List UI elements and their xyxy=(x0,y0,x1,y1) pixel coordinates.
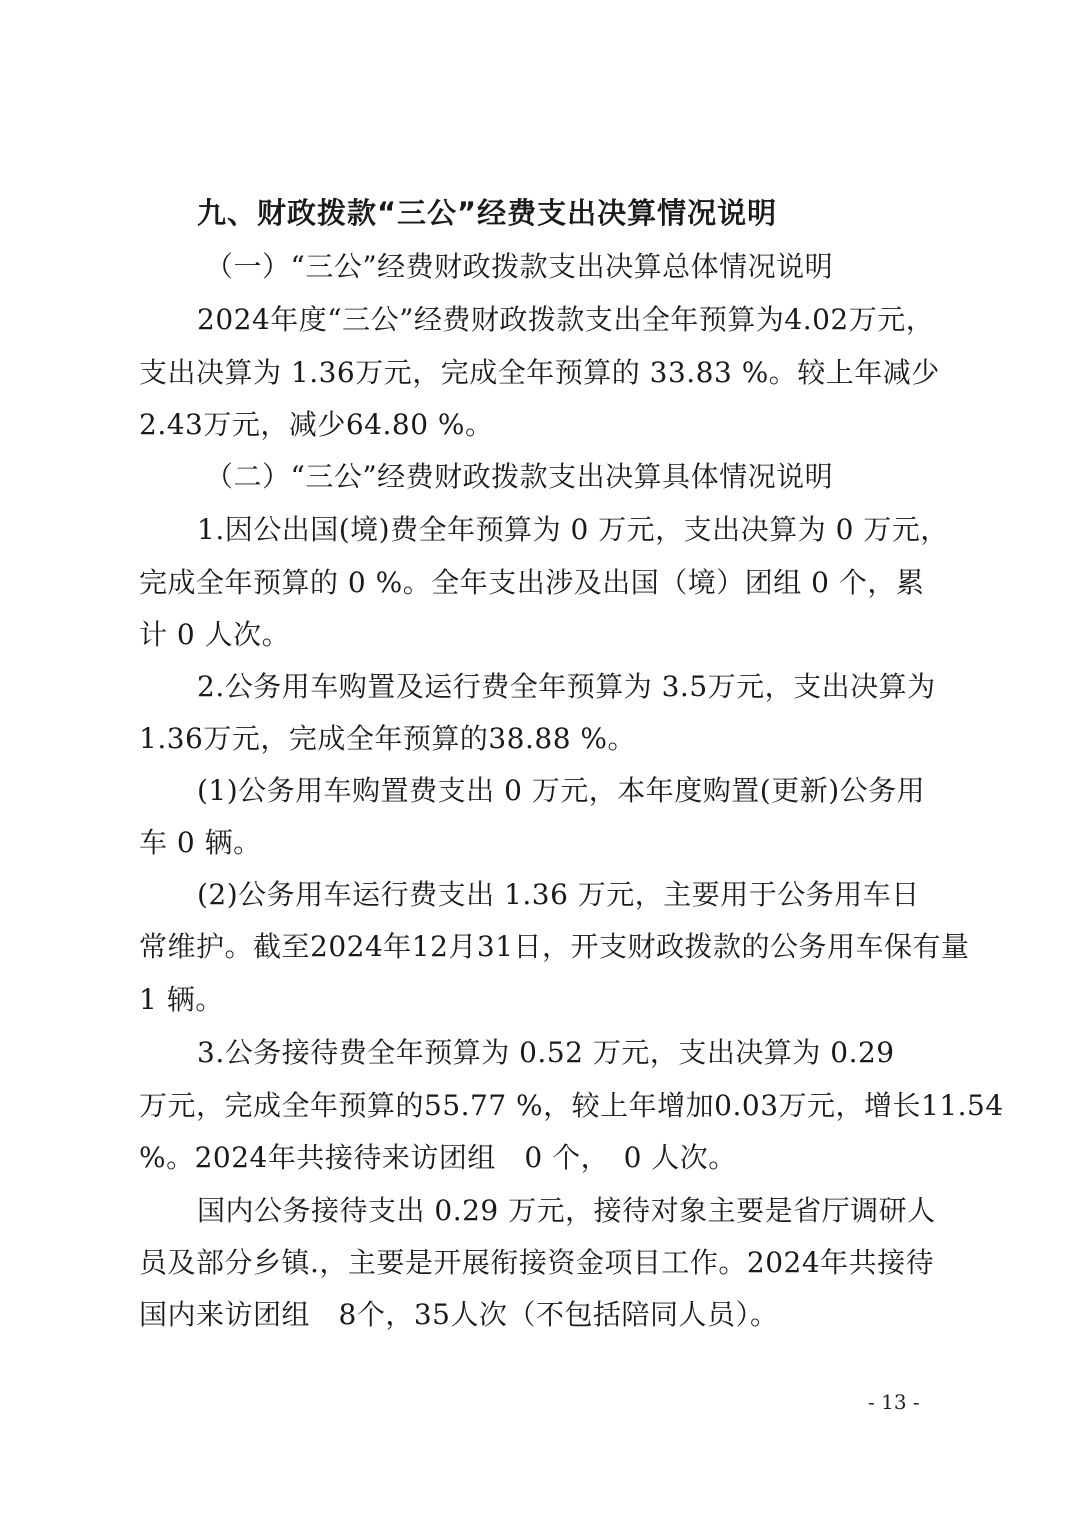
section-heading: 九、财政拨款“三公”经费支出决算情况说明 xyxy=(197,196,777,230)
item-2-line: 1.36万元，完成全年预算的38.88 %。 xyxy=(139,722,636,756)
domestic-reception-line: 国内公务接待支出 0.29 万元，接待对象主要是省厅调研人 xyxy=(197,1194,936,1228)
domestic-reception-line: 员及部分乡镇.，主要是开展衔接资金项目工作。2024年共接待 xyxy=(139,1246,934,1280)
page-number: - 13 - xyxy=(868,1390,920,1414)
summary-paragraph-line: 2.43万元，减少64.80 %。 xyxy=(139,408,494,442)
item-2-1-line: 车 0 辆。 xyxy=(139,826,262,860)
item-3-line: %。2024年共接待来访团组 0 个， 0 人次。 xyxy=(139,1141,737,1175)
summary-paragraph-line: 支出决算为 1.36万元，完成全年预算的 33.83 %。较上年减少 xyxy=(139,356,940,390)
subsection-1-heading: （一）“三公”经费财政拨款支出决算总体情况说明 xyxy=(205,250,833,284)
item-3-line: 万元，完成全年预算的55.77 %，较上年增加0.03万元，增长11.54 xyxy=(139,1089,1004,1123)
document-page: 九、财政拨款“三公”经费支出决算情况说明 （一）“三公”经费财政拨款支出决算总体… xyxy=(0,0,1074,1520)
item-2-2-line: 1 辆。 xyxy=(139,983,224,1017)
item-2-1-line: (1)公务用车购置费支出 0 万元，本年度购置(更新)公务用 xyxy=(197,774,925,808)
item-3-line: 3.公务接待费全年预算为 0.52 万元，支出决算为 0.29 xyxy=(197,1036,895,1070)
item-1-line: 完成全年预算的 0 %。全年支出涉及出国（境）团组 0 个，累 xyxy=(139,566,924,600)
item-2-line: 2.公务用车购置及运行费全年预算为 3.5万元，支出决算为 xyxy=(197,670,936,704)
item-1-line: 1.因公出国(境)费全年预算为 0 万元，支出决算为 0 万元， xyxy=(197,513,949,547)
item-1-line: 计 0 人次。 xyxy=(139,618,290,652)
domestic-reception-line: 国内来访团组 8个，35人次（不包括陪同人员）。 xyxy=(139,1298,778,1332)
subsection-2-heading: （二）“三公”经费财政拨款支出决算具体情况说明 xyxy=(205,460,833,494)
item-2-2-line: 常维护。截至2024年12月31日，开支财政拨款的公务用车保有量 xyxy=(139,930,970,964)
item-2-2-line: (2)公务用车运行费支出 1.36 万元，主要用于公务用车日 xyxy=(197,878,920,912)
summary-paragraph-line: 2024年度“三公”经费财政拨款支出全年预算为4.02万元， xyxy=(197,303,934,337)
